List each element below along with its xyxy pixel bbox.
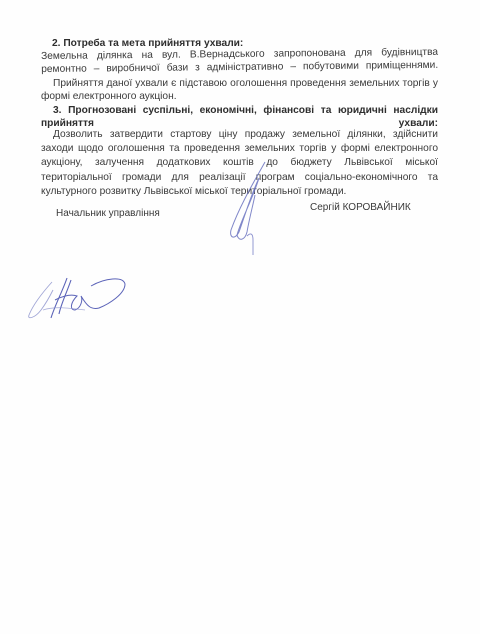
section-2-paragraph-2: Прийняття даної ухвали є підставою оголо…	[41, 77, 438, 104]
document-page: 2. Потреба та мета прийняття ухвали: Зем…	[0, 0, 480, 634]
signature-approval-icon	[25, 270, 120, 325]
signature-head-icon	[225, 160, 275, 255]
signatory-position: Начальник управління	[56, 208, 160, 219]
section-2-paragraph-1: Земельна ділянка на вул. В.Вернадського …	[41, 46, 438, 77]
section-3-heading: 3. Прогнозовані суспільні, економічні, ф…	[41, 104, 438, 131]
signatory-name: Сергій КОРОВАЙНИК	[310, 202, 411, 213]
section-2-paragraph-1-text: Земельна ділянка на вул. В.Вернадського …	[41, 47, 438, 76]
section-2-paragraph-2-text: Прийняття даної ухвали є підставою оголо…	[41, 78, 438, 102]
section-3-heading-text: 3. Прогнозовані суспільні, економічні, ф…	[41, 105, 438, 129]
